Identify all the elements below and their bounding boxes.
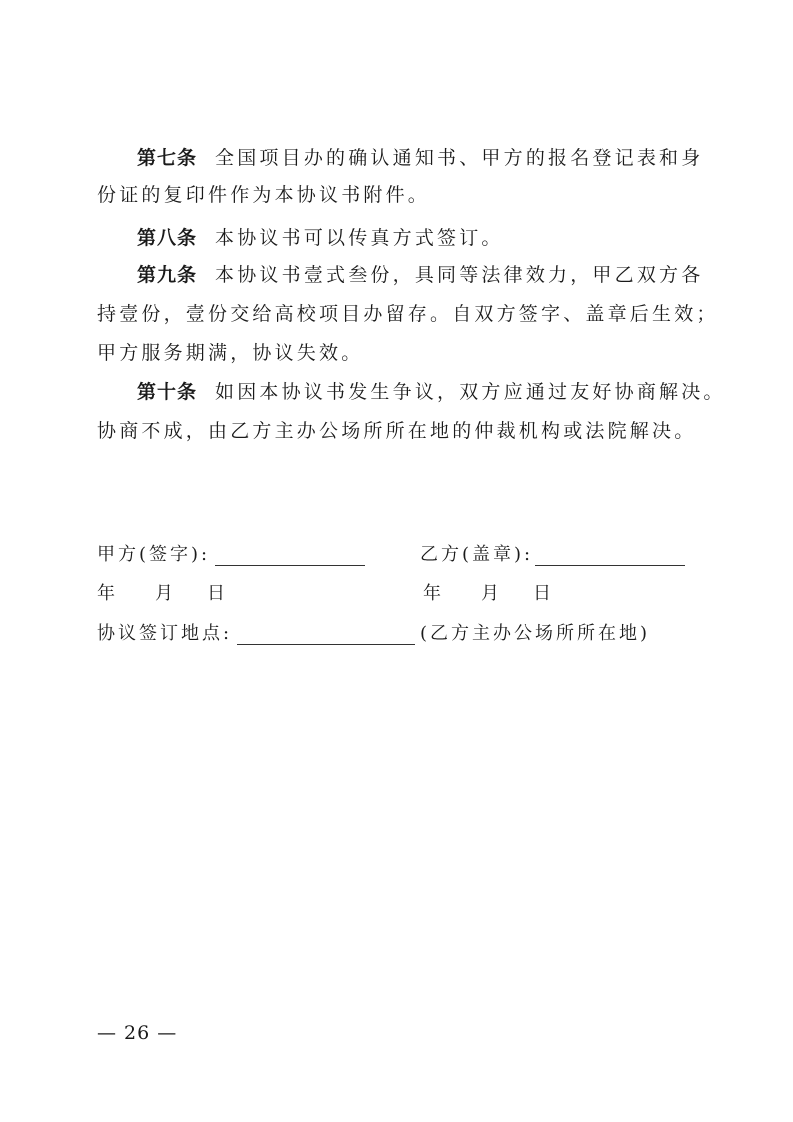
- signing-location-label: 协议签订地点:: [97, 622, 232, 646]
- article-8-text: 本协议书可以传真方式签订。: [215, 227, 504, 249]
- article-10-line-2: 协商不成，由乙方主办公场所所在地的仲裁机构或法院解决。: [97, 419, 696, 443]
- article-10-text-cont: 协商不成，由乙方主办公场所所在地的仲裁机构或法院解决。: [97, 420, 696, 442]
- page-number: — 26 —: [97, 1022, 177, 1044]
- article-10-line-1: 第十条如因本协议书发生争议，双方应通过友好协商解决。: [137, 380, 726, 404]
- party-a-signature-label: 甲方(签字):: [97, 543, 210, 567]
- party-b-date-month: 月: [481, 582, 502, 606]
- article-7-label: 第七条: [137, 147, 197, 169]
- article-9-text: 本协议书壹式叁份，具同等法律效力，甲乙双方各: [215, 264, 703, 286]
- article-7-text-cont: 份证的复印件作为本协议书附件。: [97, 184, 430, 206]
- party-b-date-year: 年: [423, 582, 444, 606]
- party-a-date-month: 月: [155, 582, 176, 606]
- signing-location-field[interactable]: [237, 643, 415, 645]
- signing-location-note: (乙方主办公场所所在地): [420, 622, 650, 646]
- article-7-line-1: 第七条全国项目办的确认通知书、甲方的报名登记表和身: [137, 146, 703, 170]
- party-b-date-day: 日: [533, 582, 554, 606]
- party-a-date-day: 日: [207, 582, 228, 606]
- article-8-label: 第八条: [137, 227, 197, 249]
- article-10-label: 第十条: [137, 381, 197, 403]
- article-7-text: 全国项目办的确认通知书、甲方的报名登记表和身: [215, 147, 703, 169]
- article-7-line-2: 份证的复印件作为本协议书附件。: [97, 183, 430, 207]
- article-9-line-2: 持壹份，壹份交给高校项目办留存。自双方签字、盖章后生效；: [97, 302, 719, 326]
- article-9-text-cont-2: 甲方服务期满，协议失效。: [97, 342, 363, 364]
- article-9-line-1: 第九条本协议书壹式叁份，具同等法律效力，甲乙双方各: [137, 263, 703, 287]
- party-b-seal-label: 乙方(盖章):: [420, 543, 533, 567]
- party-a-date-year: 年: [97, 582, 118, 606]
- article-9-label: 第九条: [137, 264, 197, 286]
- article-9-line-3: 甲方服务期满，协议失效。: [97, 341, 363, 365]
- article-10-text: 如因本协议书发生争议，双方应通过友好协商解决。: [215, 381, 726, 403]
- party-b-seal-field[interactable]: [535, 564, 685, 566]
- article-9-text-cont-1: 持壹份，壹份交给高校项目办留存。自双方签字、盖章后生效；: [97, 303, 719, 325]
- article-8-line-1: 第八条本协议书可以传真方式签订。: [137, 226, 504, 250]
- party-a-signature-field[interactable]: [215, 564, 365, 566]
